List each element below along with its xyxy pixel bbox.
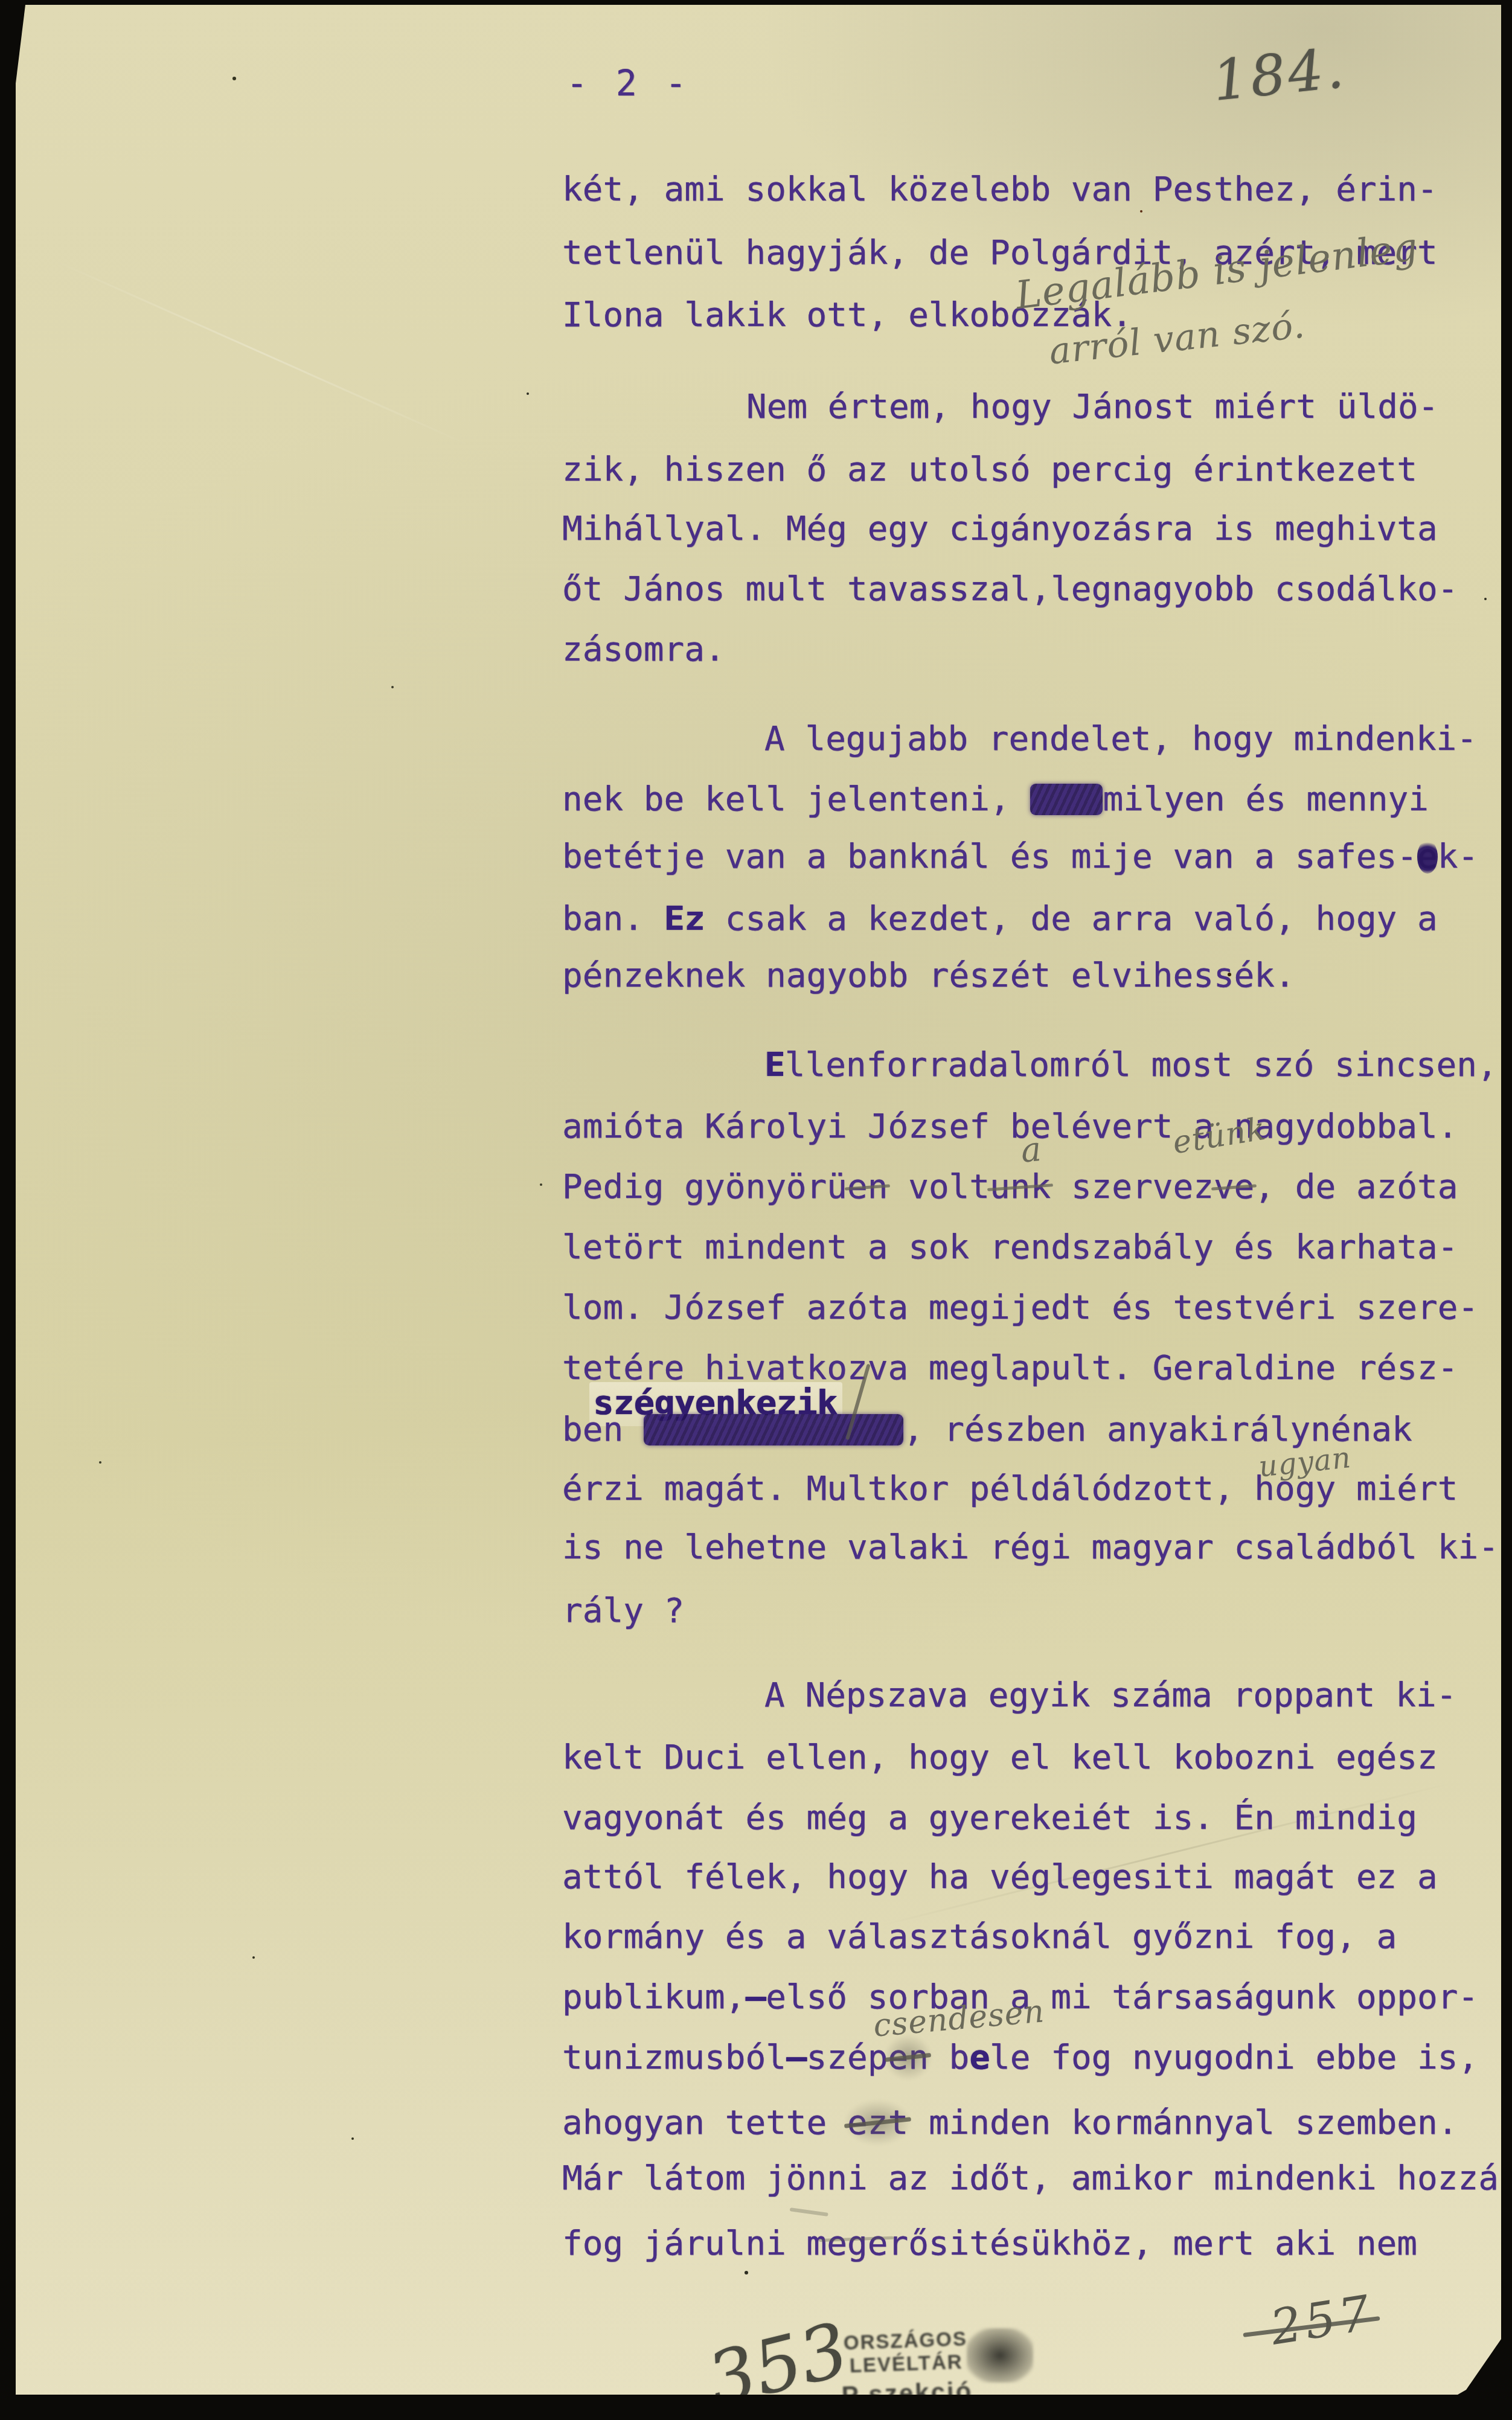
typed-text: szervez: [1051, 1167, 1214, 1206]
typed-text: publikum,: [562, 1977, 745, 2017]
typed-text: betétje van a banknál és mije van a safe…: [562, 837, 1417, 876]
typed-text: b: [929, 2038, 969, 2077]
typed-text: tunizmusból: [562, 2038, 786, 2077]
typed-line: kormány és a választásoknál győzni fog, …: [562, 1920, 1397, 1954]
typed-text: letört mindent a sok rendszabály és karh…: [562, 1228, 1458, 1267]
typed-text: le fog nyugodni ebbe is,: [990, 2038, 1478, 2077]
typed-line: Mihállyal. Még egy cigányozásra is meghi…: [562, 512, 1438, 546]
typed-line: A Népszava egyik száma roppant ki-: [764, 1679, 1456, 1712]
typed-text: nek be kell jelenteni,: [562, 779, 1030, 819]
typed-text: Nem értem, hogy Jánost miért üldö-: [746, 387, 1438, 426]
typed-text: –: [745, 1977, 766, 2017]
page-number: - 2 -: [566, 63, 690, 104]
typed-text: ahogyan tette: [562, 2103, 847, 2142]
typed-line: betétje van a banknál és mije van a safe…: [562, 840, 1478, 874]
typed-line: Ellenforradalomról most szó sincsen,: [764, 1048, 1498, 1082]
typed-text: kormány és a választásoknál győzni fog, …: [562, 1917, 1397, 1956]
typed-text: zásomra.: [562, 630, 725, 669]
typed-line: letört mindent a sok rendszabály és karh…: [562, 1231, 1458, 1264]
typed-text: e: [1417, 840, 1438, 874]
typed-text: A Népszava egyik száma roppant ki-: [764, 1676, 1456, 1715]
pencil-scribble: [790, 2207, 828, 2217]
typed-text: e: [969, 2038, 990, 2077]
typed-line: nek be kell jelenteni, milyen és mennyi: [562, 783, 1429, 816]
typed-line: rály ?: [562, 1594, 684, 1628]
typed-line: Pedig gyönyörüen voltunk szervezve, de a…: [562, 1170, 1458, 1204]
pencil-correction-a: a: [1019, 1130, 1043, 1171]
typed-text: Mihállyal. Még egy cigányozásra is meghi…: [562, 509, 1438, 548]
typed-text: rály ?: [562, 1591, 684, 1630]
typed-line: tunizmusból–szépen bele fog nyugodni ebb…: [562, 2041, 1478, 2075]
typed-line: attól félek, hogy ha véglegesiti magát e…: [562, 1860, 1438, 1894]
typed-line: őt János mult tavasszal,legnagyobb csodá…: [562, 572, 1458, 606]
typed-line: vagyonát és még a gyerekeiét is. Én mind…: [562, 1801, 1417, 1835]
typed-text: , de azóta: [1254, 1167, 1458, 1206]
typed-text: E: [764, 1045, 785, 1084]
typed-text: minden kormánnyal szemben.: [908, 2103, 1458, 2142]
typed-text: k-: [1438, 837, 1478, 876]
corner-page-number: 184.: [1209, 36, 1349, 114]
paper: - 2 - 184. ORSZÁGOS LEVÉLTÁR P szekció 3…: [16, 5, 1501, 2395]
typed-text: –: [786, 2038, 807, 2077]
typed-line: zik, hiszen ő az utolsó percig érintkeze…: [562, 453, 1417, 487]
typed-line: ben , részben anyakirálynénak: [562, 1413, 1412, 1447]
typed-line: zásomra.: [562, 633, 725, 667]
typed-text: ezt: [847, 2103, 908, 2142]
typed-line: lom. József azóta megijedt és testvéri s…: [562, 1291, 1478, 1325]
typed-line: is ne lehetne valaki régi magyar családb…: [562, 1531, 1499, 1564]
typed-text: llenforradalomról most szó sincsen,: [785, 1045, 1498, 1084]
stamp-ink-smudge: [967, 2328, 1033, 2383]
typed-line: Nem értem, hogy Jánost miért üldö-: [746, 390, 1438, 424]
typed-text: vagyonát és még a gyerekeiét is. Én mind…: [562, 1798, 1417, 1837]
typed-text: lom. József azóta megijedt és testvéri s…: [562, 1288, 1478, 1327]
typed-line: Már látom jönni az időt, amikor mindenki…: [562, 2162, 1499, 2195]
typed-text: en: [888, 2038, 928, 2077]
typed-text: Már látom jönni az időt, amikor mindenki…: [562, 2159, 1499, 2198]
typed-line: kelt Duci ellen, hogy el kell kobozni eg…: [562, 1741, 1438, 1775]
typed-line: amióta Károlyi József belévert a nagydob…: [562, 1110, 1458, 1144]
typed-text: ve: [1214, 1167, 1254, 1206]
typed-text: volt: [888, 1167, 990, 1206]
typed-line: ban. Ez csak a kezdet, de arra való, hog…: [562, 902, 1438, 936]
typed-line: két, ami sokkal közelebb van Pesthez, ér…: [562, 173, 1438, 206]
handwritten-number: 353: [699, 2306, 856, 2420]
typed-text: en: [847, 1167, 888, 1206]
typed-text: milyen és mennyi: [1103, 779, 1428, 819]
typed-line: fog járulni megerősitésükhöz, mert aki n…: [562, 2227, 1417, 2261]
typed-text: ben: [562, 1410, 644, 1449]
typed-text: attól félek, hogy ha véglegesiti magát e…: [562, 1857, 1438, 1897]
typed-text: őt János mult tavasszal,legnagyobb csodá…: [562, 569, 1458, 609]
typed-line: tetére hivatkozva meglapult. Geraldine r…: [562, 1351, 1458, 1385]
typed-text: unk: [990, 1167, 1051, 1206]
typed-text: A legujabb rendelet, hogy mindenki-: [764, 719, 1477, 758]
typed-text: kelt Duci ellen, hogy el kell kobozni eg…: [562, 1738, 1438, 1777]
typed-text: fog járulni megerősitésükhöz, mert aki n…: [562, 2224, 1417, 2263]
paper-crease: [51, 258, 472, 447]
typed-text: ban.: [562, 899, 664, 938]
typed-text: Pedig gyönyörü: [562, 1167, 847, 1206]
typed-text: zik, hiszen ő az utolsó percig érintkeze…: [562, 450, 1417, 489]
typed-text: pénzeknek nagyobb részét elvihessék.: [562, 956, 1295, 995]
typed-text: is ne lehetne valaki régi magyar családb…: [562, 1528, 1499, 1567]
typed-text: Ez: [664, 899, 705, 938]
ink-blot: [1030, 784, 1103, 815]
scanned-archive-page: { "page": { "number_label": "- 2 -", "co…: [0, 0, 1512, 2420]
typed-line: ahogyan tette ezt minden kormánnyal szem…: [562, 2106, 1458, 2140]
typed-text: két, ami sokkal közelebb van Pesthez, ér…: [562, 170, 1438, 209]
typed-text: amióta Károlyi József belévert a nagydob…: [562, 1107, 1458, 1146]
typed-line: pénzeknek nagyobb részét elvihessék.: [562, 959, 1295, 993]
ink-blot: [644, 1414, 903, 1445]
typed-text: csak a kezdet, de arra való, hogy a: [705, 899, 1438, 938]
typed-line: A legujabb rendelet, hogy mindenki-: [764, 722, 1477, 756]
